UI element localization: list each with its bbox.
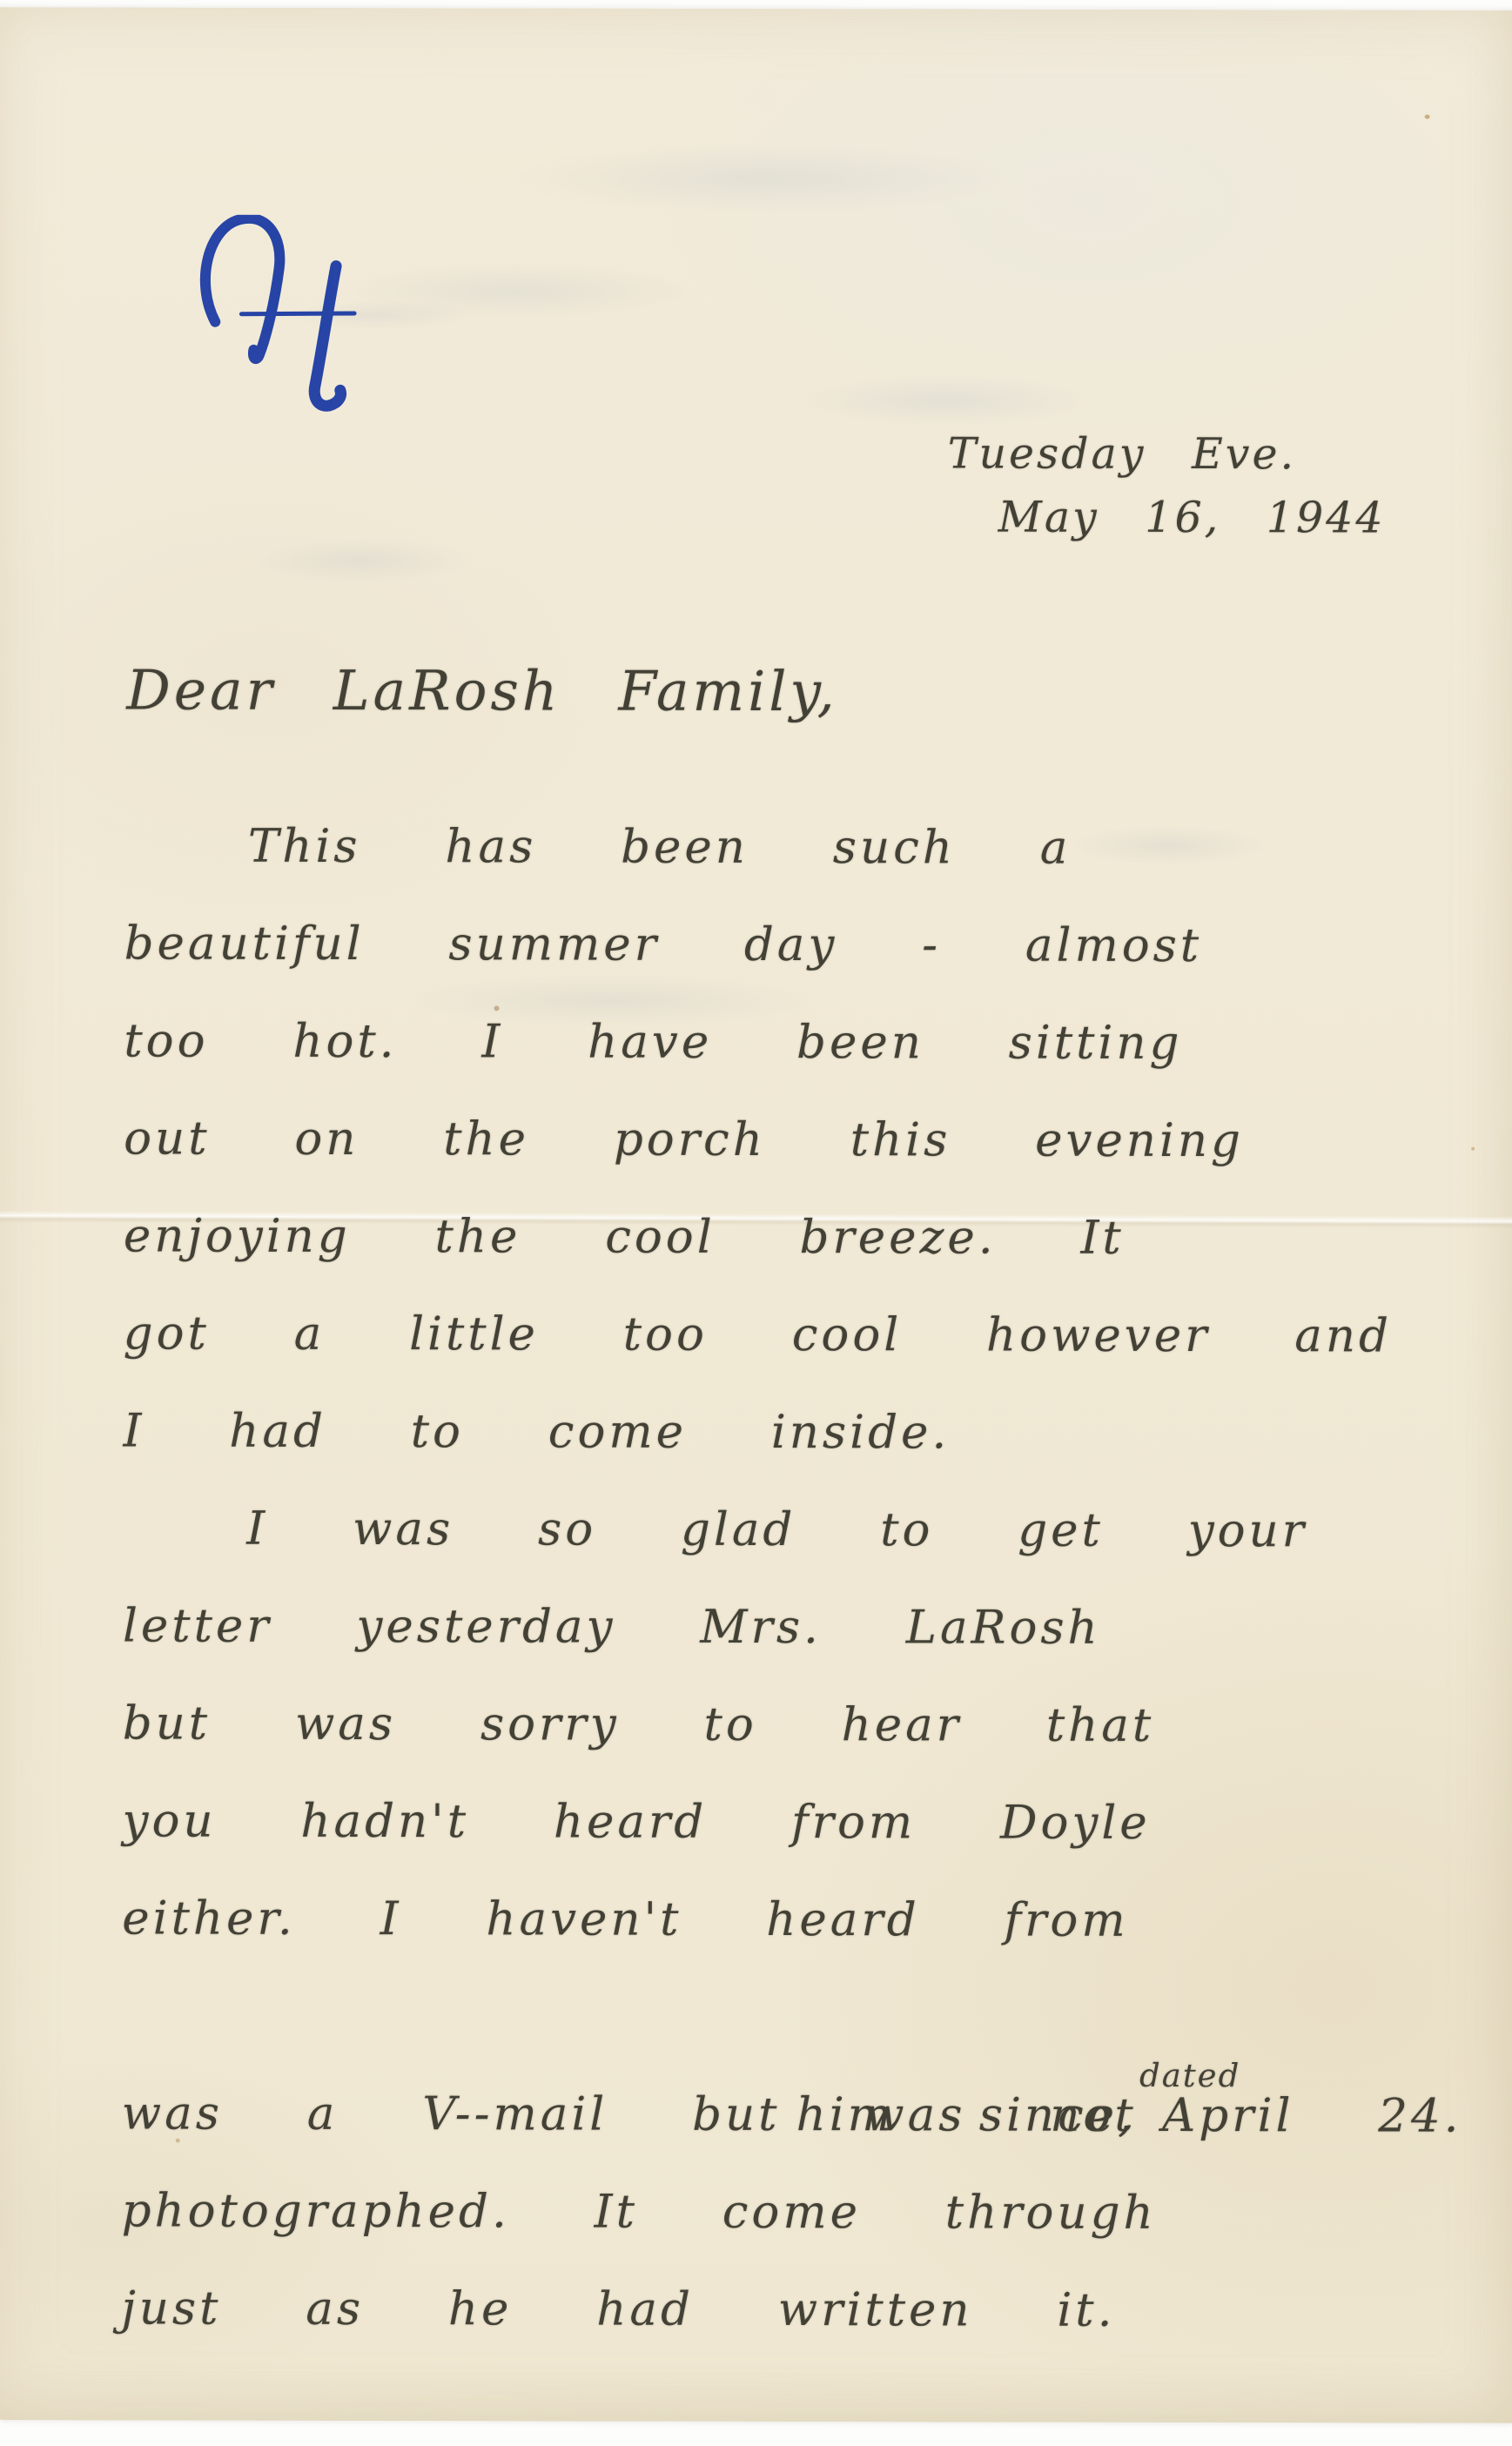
dateline-date: May 16, 1944 [998, 493, 1386, 543]
body-line: got a little too cool however and [124, 1285, 1465, 1385]
dateline-day: Tuesday Eve. [948, 428, 1386, 479]
body-line: too hot. I have been sitting [124, 992, 1465, 1092]
body-line: you hadn't heard from Doyle [122, 1772, 1463, 1872]
body-line-with-insertion: him since,datedApril 24. That letter [122, 1967, 1463, 2067]
body-line: This has been such a [124, 797, 1466, 897]
monogram-h-glyph [198, 215, 369, 426]
body-line: out on the porch this evening [124, 1090, 1465, 1190]
bleed-through-mark [743, 366, 1144, 436]
body-line: but was sorry to hear that [123, 1675, 1464, 1775]
body-line: I was so glad to get your [123, 1480, 1464, 1580]
body-line: photographed. It come through [121, 2162, 1462, 2262]
bleed-through-mark [212, 530, 508, 592]
monogram-h [198, 215, 369, 426]
body-line: either. I haven't heard from [122, 1870, 1463, 1970]
scan-background: Tuesday Eve. May 16, 1944 Dear LaRosh Fa… [0, 0, 1512, 2446]
body-line: beautiful summer day - almost [124, 895, 1466, 995]
inserted-word: dated [1139, 2060, 1240, 2092]
body-line: just as he had written it. [121, 2260, 1462, 2360]
salutation: Dear LaRosh Family, [126, 658, 838, 723]
body-line: enjoying the cool breeze. It [124, 1187, 1465, 1287]
dateline: Tuesday Eve. May 16, 1944 [948, 428, 1386, 542]
bleed-through-mark [430, 130, 1092, 227]
paper-speck [1425, 115, 1430, 119]
letter-body: This has been such a beautiful summer da… [121, 797, 1466, 2360]
paper-speck [1471, 1147, 1475, 1151]
letter-page: Tuesday Eve. May 16, 1944 Dear LaRosh Fa… [0, 7, 1512, 2423]
body-line: I had to come inside. [123, 1382, 1464, 1482]
body-line: letter yesterday Mrs. LaRosh [123, 1577, 1464, 1677]
insertion-wrap: datedApril 24. That letter [1136, 2089, 1512, 2144]
insertion-after: April 24. That letter [1162, 2089, 1512, 2144]
